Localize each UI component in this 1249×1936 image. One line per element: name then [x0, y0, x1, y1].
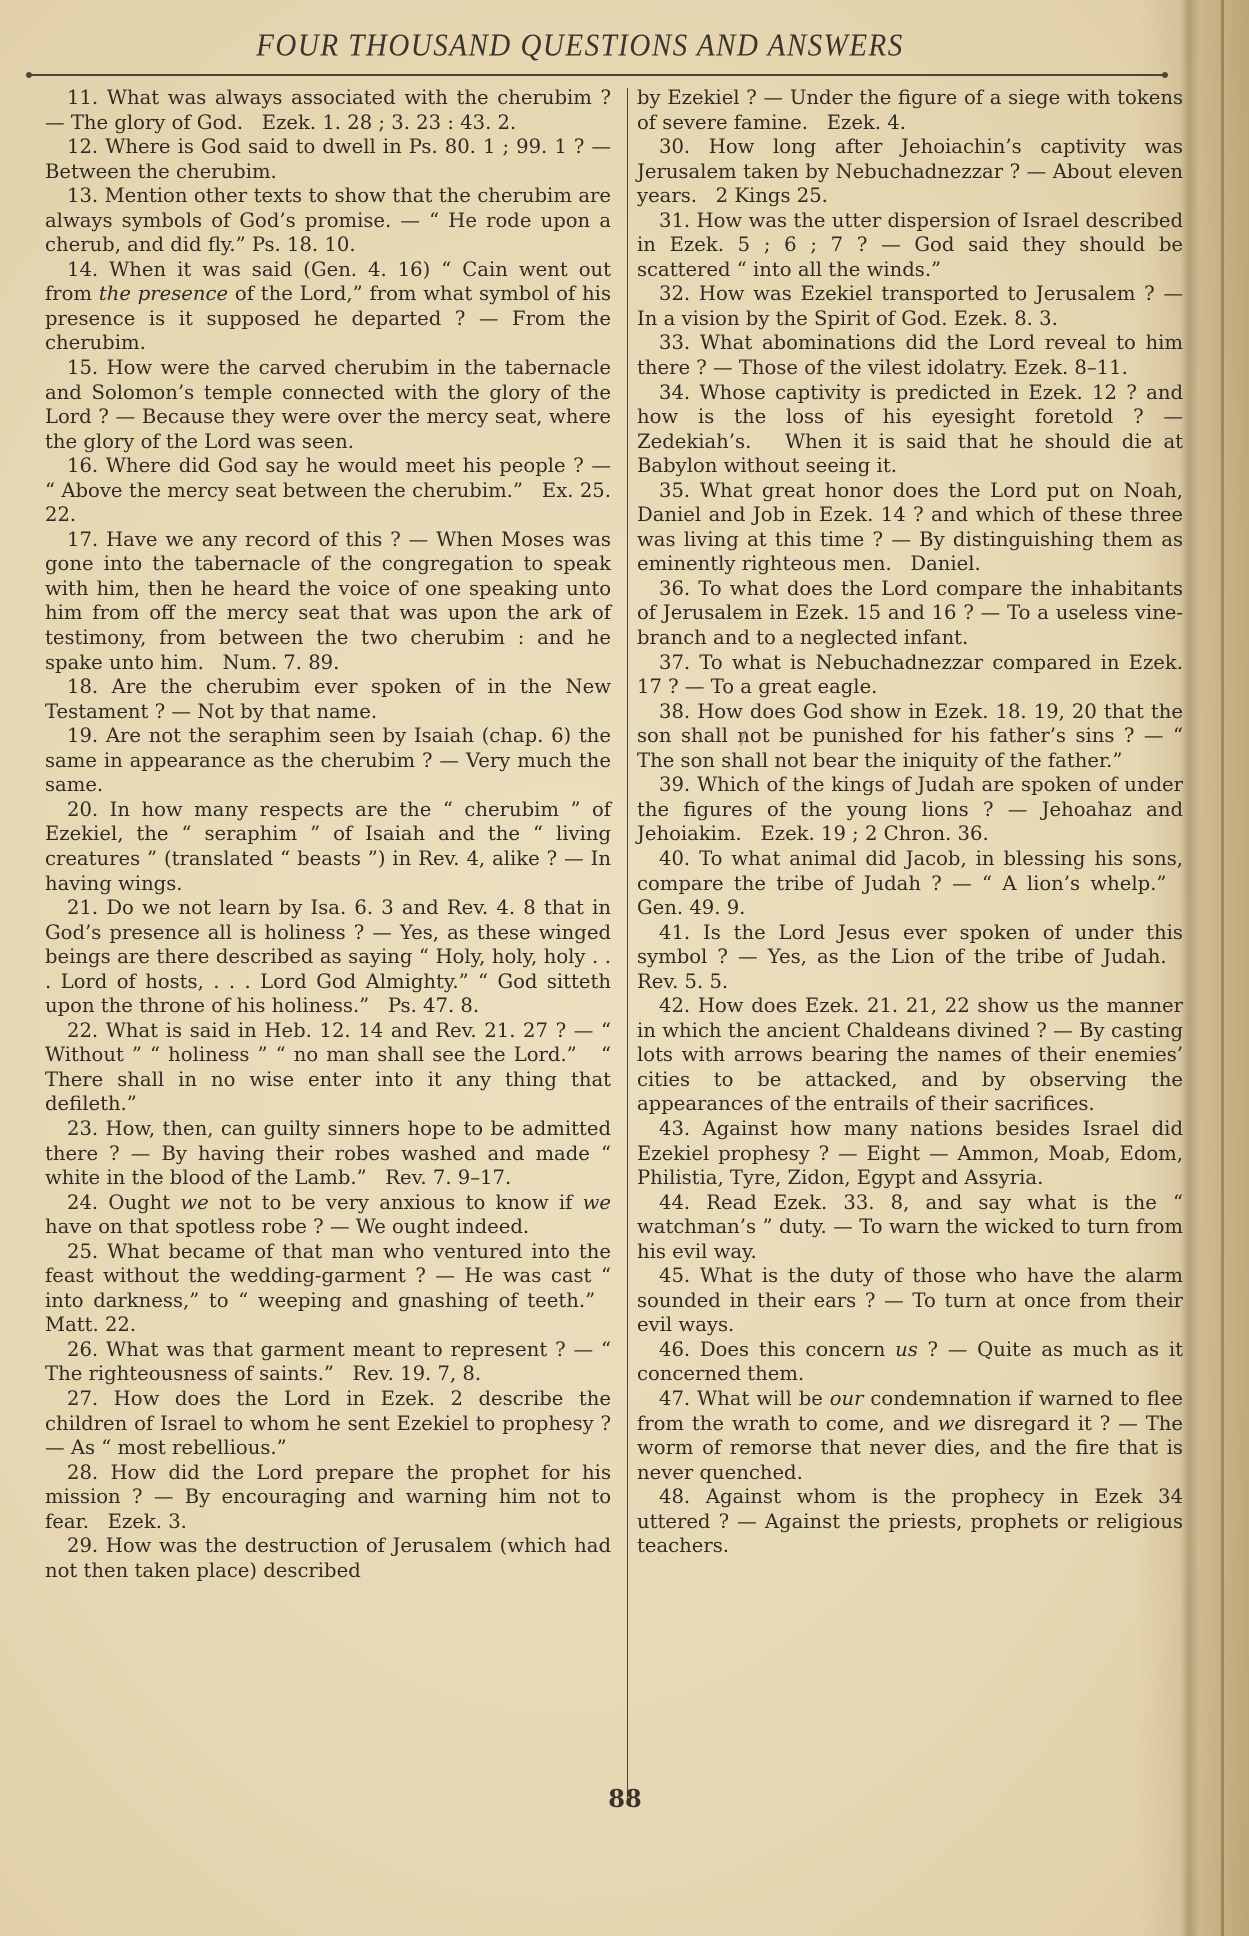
page-number: 88 [590, 1784, 660, 1813]
qa-entry: 30. How long after Jehoiachin’s captivit… [637, 135, 1183, 209]
book-page: FOUR THOUSAND QUESTIONS AND ANSWERS 11. … [0, 0, 1249, 1936]
qa-entry: 33. What abominations did the Lord revea… [637, 331, 1183, 380]
qa-entry: 28. How did the Lord prepare the prophet… [45, 1461, 611, 1535]
qa-entry: 38. How does God show in Ezek. 18. 19, 2… [637, 700, 1183, 774]
running-head: FOUR THOUSAND QUESTIONS AND ANSWERS [0, 29, 1160, 65]
qa-entry: 42. How does Ezek. 21. 21, 22 show us th… [637, 994, 1183, 1117]
qa-entry: 20. In how many respects are the “ cheru… [45, 798, 611, 896]
qa-entry: 24. Ought we not to be very anxious to k… [45, 1191, 611, 1240]
qa-entry: 43. Against how many nations besides Isr… [637, 1117, 1183, 1191]
qa-entry: 25. What became of that man who ventured… [45, 1240, 611, 1338]
left-column: 11. What was always associated with the … [45, 86, 611, 1583]
qa-entry: 27. How does the Lord in Ezek. 2 describ… [45, 1387, 611, 1461]
qa-entry: 23. How, then, can guilty sinners hope t… [45, 1117, 611, 1191]
qa-entry: 36. To what does the Lord compare the in… [637, 577, 1183, 651]
qa-entry: 16. Where did God say he would meet his … [45, 454, 611, 528]
qa-entry: 22. What is said in Heb. 12. 14 and Rev.… [45, 1019, 611, 1117]
qa-entry: 13. Mention other texts to show that the… [45, 184, 611, 258]
qa-entry: 12. Where is God said to dwell in Ps. 80… [45, 135, 611, 184]
qa-entry: 39. Which of the kings of Judah are spok… [637, 773, 1183, 847]
qa-entry: 29. How was the destruction of Jerusalem… [45, 1534, 611, 1583]
column-divider [627, 88, 628, 1800]
qa-entry: 41. Is the Lord Jesus ever spoken of und… [637, 921, 1183, 995]
qa-entry: 17. Have we any record of this ? — When … [45, 528, 611, 675]
qa-entry: 35. What great honor does the Lord put o… [637, 479, 1183, 577]
right-column: by Ezekiel ? — Under the figure of a sie… [637, 86, 1183, 1559]
qa-entry: 32. How was Ezekiel transported to Jerus… [637, 282, 1183, 331]
qa-entry: 15. How were the carved cherubim in the … [45, 356, 611, 454]
qa-entry: 44. Read Ezek. 33. 8, and say what is th… [637, 1191, 1183, 1265]
qa-entry: 34. Whose captivity is predicted in Ezek… [637, 381, 1183, 479]
qa-entry: 40. To what animal did Jacob, in blessin… [637, 847, 1183, 921]
qa-entry: 46. Does this concern us ? — Quite as mu… [637, 1338, 1183, 1387]
qa-entry: 31. How was the utter dispersion of Isra… [637, 209, 1183, 283]
page-gutter-shadow [1221, 0, 1224, 1936]
qa-entry: 18. Are the cherubim ever spoken of in t… [45, 675, 611, 724]
qa-entry: 14. When it was said (Gen. 4. 16) “ Cain… [45, 258, 611, 356]
qa-entry: 21. Do we not learn by Isa. 6. 3 and Rev… [45, 896, 611, 1019]
qa-entry: by Ezekiel ? — Under the figure of a sie… [637, 86, 1183, 135]
qa-entry: 47. What will be our condemnation if war… [637, 1387, 1183, 1485]
header-rule [28, 74, 1166, 76]
qa-entry: 26. What was that garment meant to repre… [45, 1338, 611, 1387]
qa-entry: 45. What is the duty of those who have t… [637, 1264, 1183, 1338]
qa-entry: 37. To what is Nebuchadnezzar compared i… [637, 651, 1183, 700]
qa-entry: 19. Are not the seraphim seen by Isaiah … [45, 724, 611, 798]
qa-entry: 11. What was always associated with the … [45, 86, 611, 135]
qa-entry: 48. Against whom is the prophecy in Ezek… [637, 1485, 1183, 1559]
